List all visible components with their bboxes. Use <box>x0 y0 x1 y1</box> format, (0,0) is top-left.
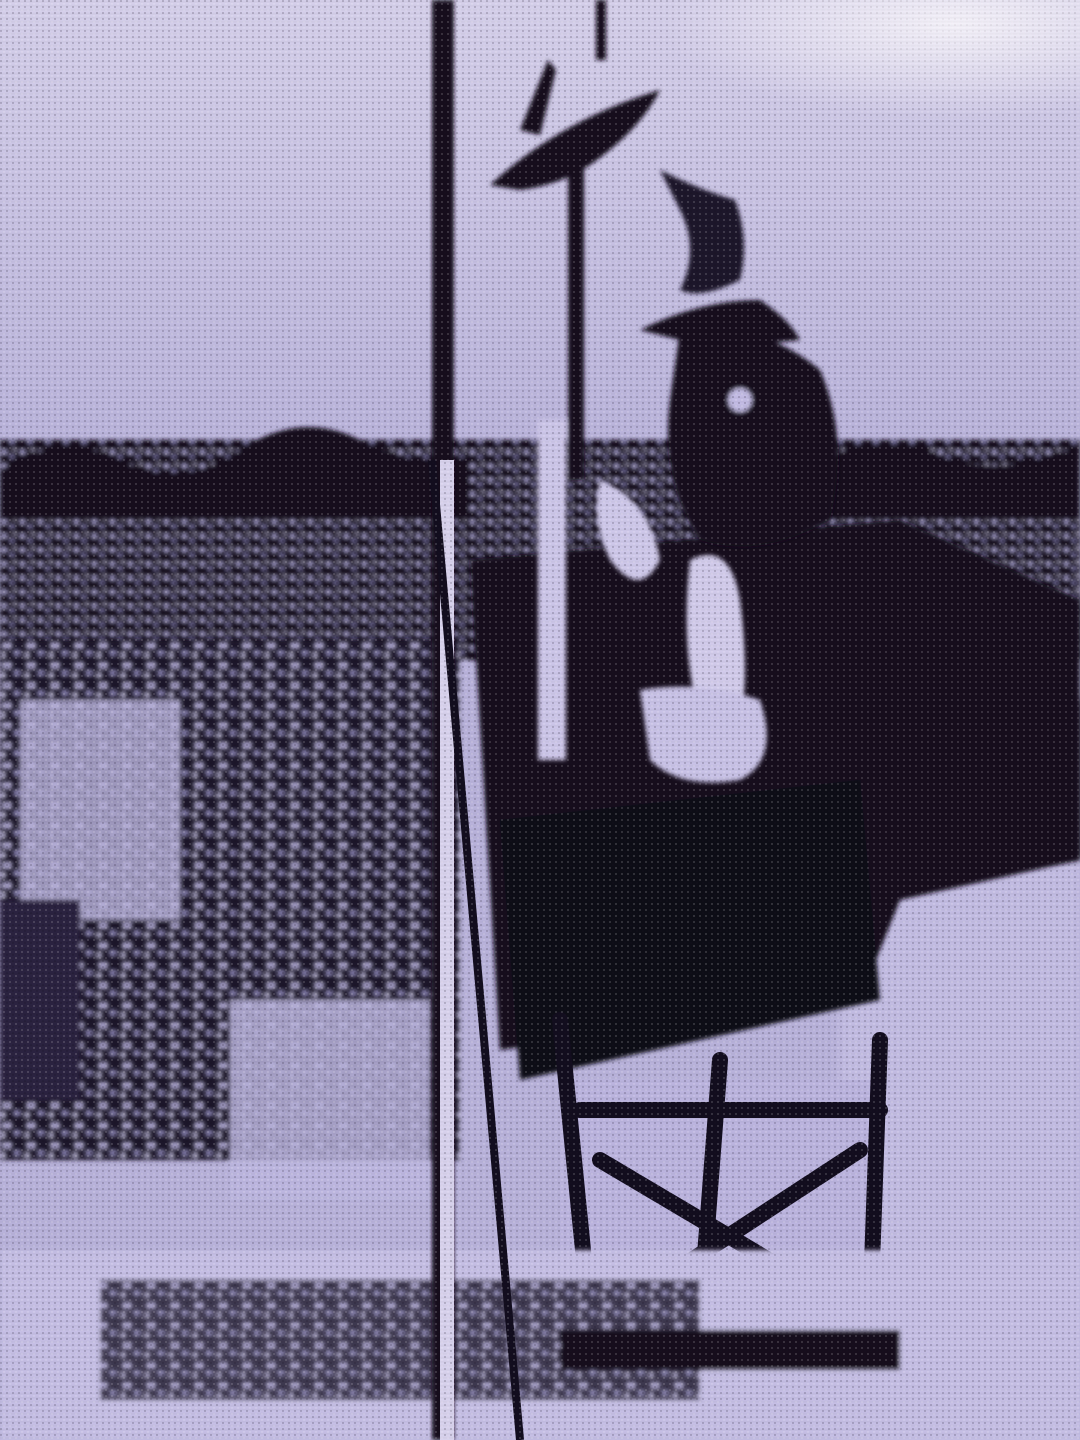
grain-overlay <box>0 0 1080 1440</box>
vintage-photograph: Grainy black-and-white vintage photograp… <box>0 0 1080 1440</box>
photo-scene <box>0 0 1080 1440</box>
